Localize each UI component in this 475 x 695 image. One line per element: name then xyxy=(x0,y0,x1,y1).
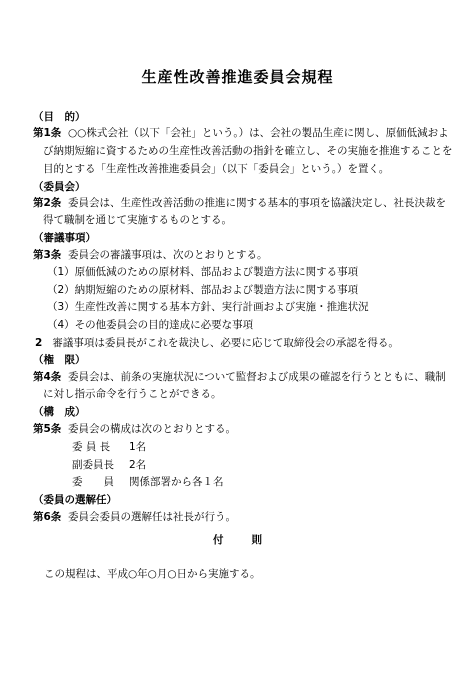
article-3-item-2: （2）納期短縮のための原材料、部品および製造方法に関する事項 xyxy=(47,283,358,297)
section-heading-appointment: （委員の選解任） xyxy=(33,492,117,507)
supplementary-heading: 付則 xyxy=(0,532,475,547)
article-4-line-2: に対し指示命令を行うことができる。 xyxy=(43,387,222,401)
article-label: 第2条 xyxy=(33,197,61,209)
section-heading-purpose: （目 的） xyxy=(33,109,86,124)
section-heading-composition: （構 成） xyxy=(33,404,86,419)
article-label: 第1条 xyxy=(33,127,61,139)
article-2-line-1: 第2条 委員会は、生産性改善活動の推進に関する基本的事項を協議決定し、社長決裁を xyxy=(33,196,446,210)
supplementary-text: この規程は、平成○年○月○日から実施する。 xyxy=(44,567,261,581)
member-role-vice-chair: 副委員長 xyxy=(72,458,114,472)
article-label: 第5条 xyxy=(33,423,61,435)
article-label: 第3条 xyxy=(33,249,61,261)
section-heading-authority: （権 限） xyxy=(33,352,86,367)
article-label: 第4条 xyxy=(33,371,61,383)
member-role-member: 委 員 xyxy=(72,475,114,489)
article-3-item-1: （1）原価低減のための原材料、部品および製造方法に関する事項 xyxy=(47,265,358,279)
article-2-line-2: 得て職制を通じて実施するものとする。 xyxy=(43,213,232,227)
article-6-line-1: 第6条 委員会委員の選解任は社長が行う。 xyxy=(33,510,236,524)
article-4-line-1: 第4条 委員会は、前条の実施状況について監督および成果の確認を行うとともに、職制 xyxy=(33,370,446,384)
document-title: 生産性改善推進委員会規程 xyxy=(0,66,475,87)
section-heading-deliberation: （審議事項） xyxy=(33,230,96,245)
document-page: 生産性改善推進委員会規程 （目 的） 第1条 ○○株式会社（以下「会社」という。… xyxy=(0,0,475,695)
section-heading-committee: （委員会） xyxy=(33,179,86,194)
article-3-line-1: 第3条 委員会の審議事項は、次のとおりとする。 xyxy=(33,248,268,262)
article-1-line-3: 目的とする「生産性改善推進委員会」（以下「委員会」という。）を置く。 xyxy=(43,162,389,176)
member-count-member: 関係部署から各１名 xyxy=(129,475,224,489)
article-label: 第6条 xyxy=(33,511,61,523)
member-count-vice-chair: 2名 xyxy=(129,458,146,472)
member-count-chair: 1名 xyxy=(129,440,146,454)
article-3-item-4: （4）その他委員会の目的達成に必要な事項 xyxy=(47,318,253,332)
article-1-line-1: 第1条 ○○株式会社（以下「会社」という。）は、会社の製品生産に関し、原価低減お… xyxy=(33,126,449,140)
article-5-line-1: 第5条 委員会の構成は次のとおりとする。 xyxy=(33,422,236,436)
article-1-line-2: び納期短縮に資するための生産性改善活動の指針を確立し、その実施を推進することを xyxy=(43,144,453,158)
article-3-item-3: （3）生産性改善に関する基本方針、実行計画および実施・推進状況 xyxy=(47,300,369,314)
article-3-paragraph-2: 2 審議事項は委員長がこれを裁決し、必要に応じて取締役会の承認を得る。 xyxy=(35,336,399,350)
member-role-chair: 委 員 長 xyxy=(72,440,110,454)
